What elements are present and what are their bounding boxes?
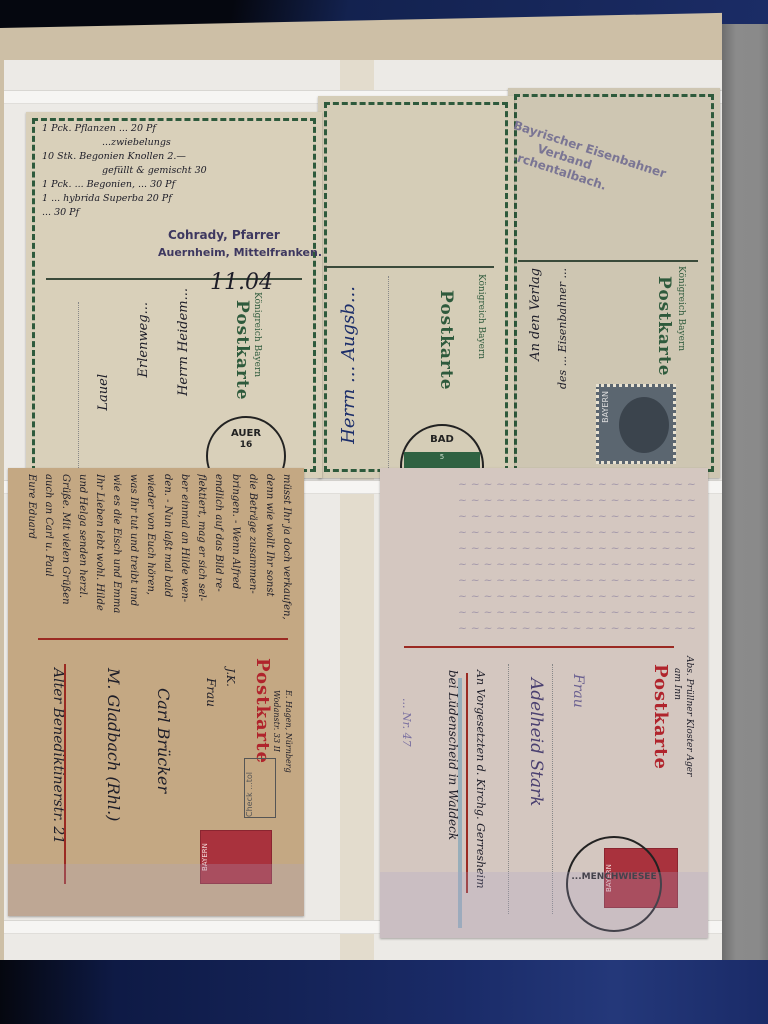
postcard-top-right: Bayrischer Eisenbahner Verband ...rchent…	[508, 88, 720, 478]
faded-line: ~ ~ ~ ~ ~ ~ ~ ~ ~ ~ ~ ~ ~ ~ ~ ~ ~ ~ ~	[396, 510, 696, 523]
message-line: bringen. - Wenn Alfred	[230, 474, 241, 638]
portrait-icon	[619, 397, 669, 453]
faded-line: ~ ~ ~ ~ ~ ~ ~ ~ ~ ~ ~ ~ ~ ~ ~ ~ ~ ~ ~	[396, 526, 696, 539]
address-line: Frau	[204, 678, 218, 707]
card-divider	[518, 260, 698, 262]
message-line: Eure Eduard	[26, 474, 37, 638]
order-line: gefüllt & gemischt 30	[42, 164, 207, 178]
address-line: Frau	[570, 674, 586, 708]
message-line: wie es die Eisch und Emma	[111, 474, 122, 638]
handwritten-address: An den Verlag	[528, 268, 543, 361]
address-line: Adelheid Stark	[526, 678, 546, 806]
protective-sleeve	[8, 864, 304, 916]
faded-line: ~ ~ ~ ~ ~ ~ ~ ~ ~ ~ ~ ~ ~ ~ ~ ~ ~ ~ ~	[396, 590, 696, 603]
handwritten-message-block: müsst Ihr ja doch verkaufen,denn wie wol…	[16, 472, 301, 640]
red-divider	[64, 664, 66, 884]
sender-note: Wodanstr. 33 II	[272, 690, 281, 752]
message-line: wieder von Euch hören,	[145, 474, 156, 638]
message-line: endlich auf das Bild re-	[213, 474, 224, 638]
postcard-bottom-left: müsst Ihr ja doch verkaufen,denn wie wol…	[8, 468, 304, 916]
printed-kingdom: Königreich Bayern	[476, 274, 486, 359]
postmark-date: 16	[240, 440, 253, 450]
card-divider	[324, 266, 494, 268]
handwritten-order-list: 1 Pck. Pflanzen ... 20 Pf ...zwiebelungs…	[42, 122, 207, 220]
rubber-stamp-pastor: Cohrady, Pfarrer	[168, 228, 280, 242]
message-line: müsst Ihr ja doch verkaufen,	[281, 474, 292, 638]
handwritten-address: Lauel	[96, 374, 111, 411]
message-line: Grüße. Mit vielen Grüßen	[60, 474, 71, 638]
message-line: auch an Carl u. Paul	[43, 474, 54, 638]
message-line: denn wie wollt Ihr sonst	[264, 474, 275, 638]
handwritten-address: Herrn ... Augsb...	[338, 286, 359, 444]
handwritten-total: 11.04	[210, 270, 273, 295]
handwritten-address: des ... Eisenbahner ...	[556, 268, 569, 389]
faded-line: ~ ~ ~ ~ ~ ~ ~ ~ ~ ~ ~ ~ ~ ~ ~ ~ ~ ~ ~	[396, 606, 696, 619]
postmark-town: BAD	[430, 434, 454, 445]
order-line: 1 Pck. Pflanzen ... 20 Pf	[42, 122, 207, 136]
faded-message-block: ~ ~ ~ ~ ~ ~ ~ ~ ~ ~ ~ ~ ~ ~ ~ ~ ~ ~ ~~ ~…	[390, 478, 700, 638]
red-divider	[38, 638, 288, 640]
address-line: An Vorgesetzten d. Kirchg. Gerresheim	[474, 670, 487, 889]
address-line	[388, 276, 389, 476]
message-line: flektiert, mag er sich sel-	[196, 474, 207, 638]
address-line: M. Gladbach (Rhl.)	[104, 668, 123, 821]
faded-line: ~ ~ ~ ~ ~ ~ ~ ~ ~ ~ ~ ~ ~ ~ ~ ~ ~ ~ ~	[396, 558, 696, 571]
handwritten-address: Erlenweg...	[136, 302, 151, 377]
postcard-top-left: 1 Pck. Pflanzen ... 20 Pf ...zwiebelungs…	[26, 112, 322, 478]
protective-sleeve	[380, 872, 708, 938]
order-line: ... 30 Pf	[42, 206, 207, 220]
postage-stamp: BAYERN	[596, 384, 676, 464]
message-line: Ihr Lieben lebt wohl. Hilde	[94, 474, 105, 638]
stamp-text: BAYERN	[601, 391, 610, 423]
album-spine	[722, 24, 768, 990]
message-line: ber einmal an Hilde wen-	[179, 474, 190, 638]
faded-line: ~ ~ ~ ~ ~ ~ ~ ~ ~ ~ ~ ~ ~ ~ ~ ~ ~ ~ ~	[396, 574, 696, 587]
handwritten-address: Herrn Heidem...	[176, 288, 191, 396]
sender-note: Abs. Prüllner Kloster Ager	[684, 656, 694, 776]
printed-title: Postkarte	[436, 290, 456, 391]
printed-title: Postkarte	[650, 664, 671, 770]
address-line: Carl Brücker	[154, 688, 173, 793]
faded-line: ~ ~ ~ ~ ~ ~ ~ ~ ~ ~ ~ ~ ~ ~ ~ ~ ~ ~ ~	[396, 478, 696, 491]
printed-kingdom: Königreich Bayern	[676, 266, 686, 351]
printed-title: Postkarte	[654, 276, 674, 377]
order-line: 10 Stk. Begonien Knollen 2.—	[42, 150, 207, 164]
red-divider	[466, 673, 468, 893]
postmark-town: AUER	[231, 428, 261, 439]
postcard-bottom-right: ~ ~ ~ ~ ~ ~ ~ ~ ~ ~ ~ ~ ~ ~ ~ ~ ~ ~ ~~ ~…	[380, 468, 708, 938]
order-line: ...zwiebelungs	[42, 136, 207, 150]
printed-title: Postkarte	[252, 658, 273, 764]
message-line: was Ihr tut und treibt und	[128, 474, 139, 638]
address-line: J.K.	[224, 668, 237, 687]
red-divider	[404, 646, 674, 648]
printed-kingdom: Königreich Bayern	[252, 292, 262, 377]
album-cover-bottom	[0, 960, 768, 1024]
postcard-top-middle: Königreich Bayern Postkarte Herrn ... Au…	[318, 96, 514, 478]
faded-line: ~ ~ ~ ~ ~ ~ ~ ~ ~ ~ ~ ~ ~ ~ ~ ~ ~ ~ ~	[396, 622, 696, 635]
message-line: und Helga senden herzl.	[77, 474, 88, 638]
faded-line: ~ ~ ~ ~ ~ ~ ~ ~ ~ ~ ~ ~ ~ ~ ~ ~ ~ ~ ~	[396, 542, 696, 555]
printed-title: Postkarte	[232, 300, 252, 401]
rubber-stamp-town: Auernheim, Mittelfranken.	[158, 246, 322, 259]
order-line: 1 Pck. ... Begonien, ... 30 Pf	[42, 178, 207, 192]
address-line	[78, 302, 79, 472]
machine-cancel: Check ...tol	[244, 758, 276, 818]
sender-note: am Inn	[672, 668, 682, 700]
order-line: 1 ... hybrida Superba 20 Pf	[42, 192, 207, 206]
message-line: den. - Nun laßt mal bald	[162, 474, 173, 638]
address-line: ... Nr. 47	[400, 698, 413, 747]
faded-line: ~ ~ ~ ~ ~ ~ ~ ~ ~ ~ ~ ~ ~ ~ ~ ~ ~ ~ ~	[396, 494, 696, 507]
sender-note: E. Hagen, Nürnberg	[284, 690, 293, 773]
message-line: die Beträge zusammen-	[247, 474, 258, 638]
